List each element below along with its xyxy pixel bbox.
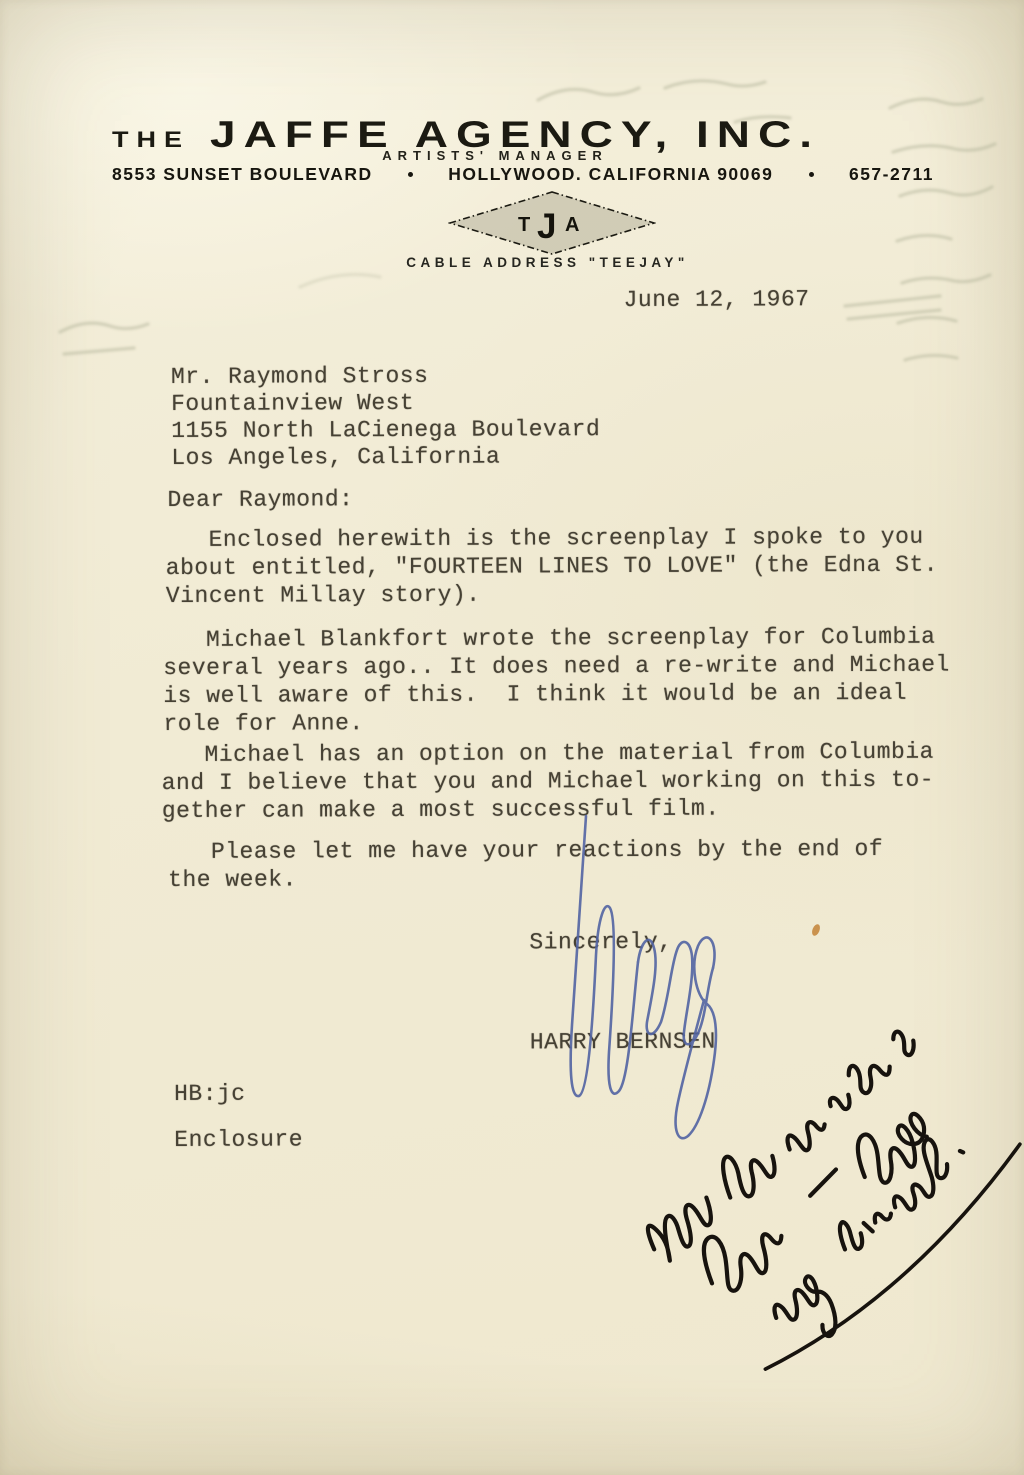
salutation: Dear Raymond: (167, 485, 353, 514)
signer-name: HARRY BERNSEN (530, 1028, 716, 1057)
letter-page: THE JAFFE AGENCY, INC. ARTISTS' MANAGER … (0, 0, 1024, 1475)
paragraph-2: Michael Blankfort wrote the screenplay f… (163, 623, 950, 738)
recipient-address-block: Mr. Raymond Stross Fountainview West 115… (171, 362, 601, 472)
closing-line: Sincerely, (529, 928, 672, 957)
reference-initials: HB:jc (174, 1080, 246, 1108)
paragraph-1: Enclosed herewith is the screenplay I sp… (166, 523, 939, 610)
paragraph-3: Michael has an option on the material fr… (162, 738, 935, 825)
enclosure-line: Enclosure (174, 1125, 303, 1154)
date-line: June 12, 1967 (624, 285, 810, 314)
typed-letter: June 12, 1967 Mr. Raymond Stross Fountai… (0, 0, 1024, 1475)
paragraph-4: Please let me have your reactions by the… (168, 835, 883, 894)
